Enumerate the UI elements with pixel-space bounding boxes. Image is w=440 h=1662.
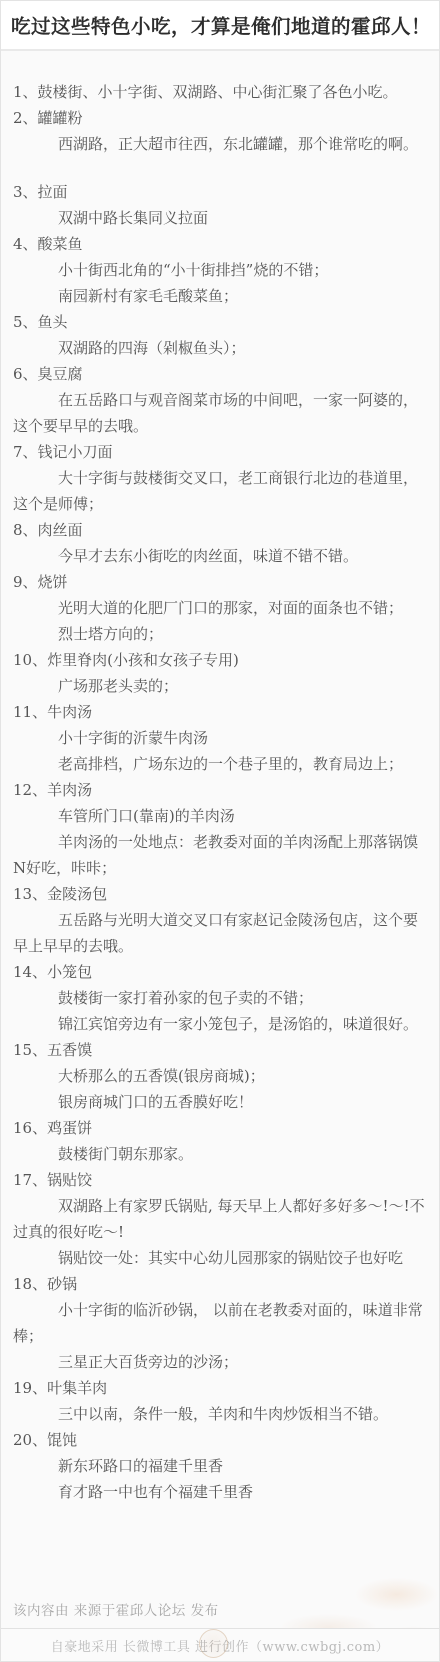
item-line: 银房商城门口的五香膜好吃！	[13, 1089, 427, 1115]
item-heading: 8、肉丝面	[13, 517, 427, 543]
item-heading: 5、鱼头	[13, 309, 427, 335]
list-item: 17、锅贴饺双湖路上有家罗氏锅贴, 每天早上人都好多好多～!～!不过真的很好吃～…	[13, 1167, 427, 1271]
item-heading: 20、馄饨	[13, 1427, 427, 1453]
list-item: 3、拉面双湖中路长集同义拉面	[13, 179, 427, 231]
list-item: 16、鸡蛋饼鼓楼街门朝东那家。	[13, 1115, 427, 1167]
item-line: 锦江宾馆旁边有一家小笼包子，是汤馅的，味道很好。	[13, 1011, 427, 1037]
list-item: 8、肉丝面今早才去东小街吃的肉丝面，味道不错不错。	[13, 517, 427, 569]
snack-list: 1、鼓楼街、小十字街、双湖路、中心街汇聚了各色小吃。2、罐罐粉西湖路，正大超市往…	[1, 51, 439, 1505]
item-line: 今早才去东小街吃的肉丝面，味道不错不错。	[13, 543, 427, 569]
tool-attribution: 自豪地采用 长微博工具 进行创作（www.cwbgj.com）	[51, 1636, 389, 1655]
list-item: 12、羊肉汤车管所门口(靠南)的羊肉汤羊肉汤的一处地点：老教委对面的羊肉汤配上那…	[13, 777, 427, 881]
item-heading: 19、叶集羊肉	[13, 1375, 427, 1401]
item-line: 小十街西北角的“小十街排挡”烧的不错；	[13, 257, 427, 283]
item-heading: 2、罐罐粉	[13, 105, 427, 131]
item-heading: 12、羊肉汤	[13, 777, 427, 803]
bottom-bar: 自豪地采用 长微博工具 进行创作（www.cwbgj.com）	[1, 1628, 439, 1661]
source-attribution: 该内容由 来源于霍邱人论坛 发布	[13, 1599, 219, 1619]
item-line: 车管所门口(靠南)的羊肉汤	[13, 803, 427, 829]
list-item: 19、叶集羊肉三中以南，条件一般，羊肉和牛肉炒饭相当不错。	[13, 1375, 427, 1427]
item-line: 光明大道的化肥厂门口的那家，对面的面条也不错；	[13, 595, 427, 621]
list-item: 7、钱记小刀面大十字街与鼓楼街交叉口，老工商银行北边的巷道里，这个是师傅；	[13, 439, 427, 517]
item-heading: 16、鸡蛋饼	[13, 1115, 427, 1141]
item-heading: 13、金陵汤包	[13, 881, 427, 907]
item-heading: 7、钱记小刀面	[13, 439, 427, 465]
item-line: 鼓楼街门朝东那家。	[13, 1141, 427, 1167]
list-item: 5、鱼头双湖路的四海（剁椒鱼头）；	[13, 309, 427, 361]
list-item: 6、臭豆腐在五岳路口与观音阁菜市场的中间吧，一家一阿婆的，这个要早早的去哦。	[13, 361, 427, 439]
list-item: 4、酸菜鱼小十街西北角的“小十街排挡”烧的不错；南园新村有家毛毛酸菜鱼；	[13, 231, 427, 309]
item-line: 五岳路与光明大道交叉口有家赵记金陵汤包店，这个要早上早早的去哦。	[13, 907, 427, 959]
item-heading: 14、小笼包	[13, 959, 427, 985]
item-heading: 18、砂锅	[13, 1271, 427, 1297]
item-line: 双湖路的四海（剁椒鱼头）；	[13, 335, 427, 361]
item-heading: 15、五香馍	[13, 1037, 427, 1063]
item-heading: 10、炸里脊肉(小孩和女孩子专用)	[13, 647, 427, 673]
list-item: 15、五香馍大桥那么的五香馍(银房商城)；银房商城门口的五香膜好吃！	[13, 1037, 427, 1115]
item-heading: 17、锅贴饺	[13, 1167, 427, 1193]
item-line: 烈士塔方向的；	[13, 621, 427, 647]
item-line: 小十字街的沂蒙牛肉汤	[13, 725, 427, 751]
item-heading: 3、拉面	[13, 179, 427, 205]
item-line: 大桥那么的五香馍(银房商城)；	[13, 1063, 427, 1089]
item-heading: 4、酸菜鱼	[13, 231, 427, 257]
page-title: 吃过这些特色小吃，才算是俺们地道的霍邱人！	[11, 11, 431, 39]
item-line: 羊肉汤的一处地点：老教委对面的羊肉汤配上那落锅馍N好吃，咔咔；	[13, 829, 427, 881]
item-line: 锅贴饺一处：其实中心幼儿园那家的锅贴饺子也好吃	[13, 1245, 427, 1271]
item-line: 双湖路上有家罗氏锅贴, 每天早上人都好多好多～!～!不过真的很好吃～!	[13, 1193, 427, 1245]
item-line: 西湖路，正大超市往西，东北罐罐，那个谁常吃的啊。	[13, 131, 427, 157]
list-item: 10、炸里脊肉(小孩和女孩子专用)广场那老头卖的；	[13, 647, 427, 699]
item-line: 三中以南，条件一般，羊肉和牛肉炒饭相当不错。	[13, 1401, 427, 1427]
list-item: 11、牛肉汤小十字街的沂蒙牛肉汤老高排档，广场东边的一个巷子里的，教育局边上；	[13, 699, 427, 777]
long-post-image: 吃过这些特色小吃，才算是俺们地道的霍邱人！ 1、鼓楼街、小十字街、双湖路、中心街…	[0, 0, 440, 1662]
list-item: 1、鼓楼街、小十字街、双湖路、中心街汇聚了各色小吃。	[13, 79, 427, 105]
list-item: 2、罐罐粉西湖路，正大超市往西，东北罐罐，那个谁常吃的啊。	[13, 105, 427, 157]
list-item: 14、小笼包鼓楼街一家打着孙家的包子卖的不错；锦江宾馆旁边有一家小笼包子，是汤馅…	[13, 959, 427, 1037]
item-line: 在五岳路口与观音阁菜市场的中间吧，一家一阿婆的，这个要早早的去哦。	[13, 387, 427, 439]
item-heading: 1、鼓楼街、小十字街、双湖路、中心街汇聚了各色小吃。	[13, 79, 427, 105]
item-line: 广场那老头卖的；	[13, 673, 427, 699]
list-item: 20、馄饨新东环路口的福建千里香育才路一中也有个福建千里香	[13, 1427, 427, 1505]
item-heading: 6、臭豆腐	[13, 361, 427, 387]
item-heading: 9、烧饼	[13, 569, 427, 595]
item-line: 大十字街与鼓楼街交叉口，老工商银行北边的巷道里，这个是师傅；	[13, 465, 427, 517]
item-line: 南园新村有家毛毛酸菜鱼；	[13, 283, 427, 309]
item-line: 三星正大百货旁边的沙汤；	[13, 1349, 427, 1375]
item-line: 新东环路口的福建千里香	[13, 1453, 427, 1479]
item-heading: 11、牛肉汤	[13, 699, 427, 725]
title-bar: 吃过这些特色小吃，才算是俺们地道的霍邱人！	[1, 1, 439, 51]
item-line: 老高排档，广场东边的一个巷子里的，教育局边上；	[13, 751, 427, 777]
list-item: 9、烧饼光明大道的化肥厂门口的那家，对面的面条也不错；烈士塔方向的；	[13, 569, 427, 647]
item-line: 小十字街的临沂砂锅， 以前在老教委对面的，味道非常棒；	[13, 1297, 427, 1349]
item-line: 育才路一中也有个福建千里香	[13, 1479, 427, 1505]
list-item: 18、砂锅小十字街的临沂砂锅， 以前在老教委对面的，味道非常棒；三星正大百货旁边…	[13, 1271, 427, 1375]
list-item: 13、金陵汤包五岳路与光明大道交叉口有家赵记金陵汤包店，这个要早上早早的去哦。	[13, 881, 427, 959]
item-line: 鼓楼街一家打着孙家的包子卖的不错；	[13, 985, 427, 1011]
item-line: 双湖中路长集同义拉面	[13, 205, 427, 231]
